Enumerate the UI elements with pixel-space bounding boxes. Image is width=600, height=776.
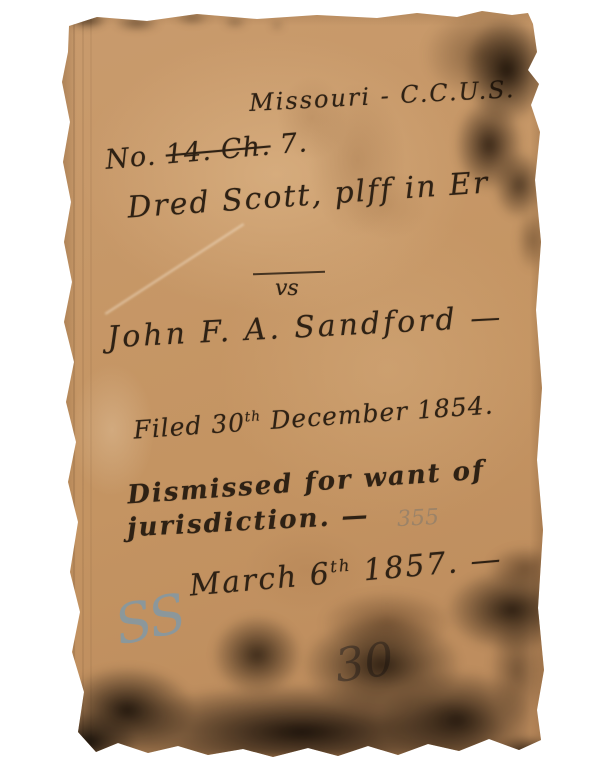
document-cover-page: Missouri - C.C.U.S. No. 14. Ch. 7. Dred … xyxy=(57,10,544,757)
burn-stains xyxy=(57,10,544,757)
photo-background: Missouri - C.C.U.S. No. 14. Ch. 7. Dred … xyxy=(0,0,600,776)
